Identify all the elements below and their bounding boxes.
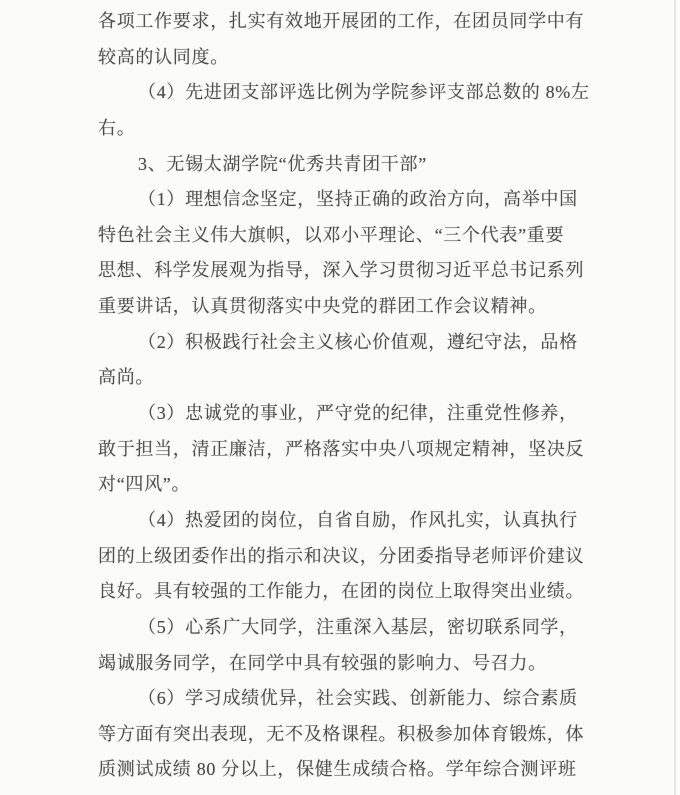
- text-line: 团的上级团委作出的指示和决议，分团委指导老师评价建议: [98, 539, 603, 575]
- text-line: 对“四风”。: [98, 467, 603, 503]
- text-line: （1）理想信念坚定，坚持正确的政治方向，高举中国: [98, 182, 603, 218]
- text-line: 重要讲话，认真贯彻落实中央党的群团工作会议精神。: [98, 289, 603, 325]
- text-line: （3）忠诚党的事业，严守党的纪律，注重党性修养，: [98, 396, 603, 432]
- text-line: （6）学习成绩优异，社会实践、创新能力、综合素质: [98, 681, 603, 717]
- text-line: 良好。具有较强的工作能力，在团的岗位上取得突出业绩。: [98, 574, 603, 610]
- text-line: （4）热爱团的岗位，自省自励，作风扎实，认真执行: [98, 503, 603, 539]
- scan-edge-line: [674, 0, 676, 795]
- text-line: （5）心系广大同学，注重深入基层，密切联系同学，: [98, 610, 603, 646]
- text-line: 高尚。: [98, 360, 603, 396]
- text-line: （4）先进团支部评选比例为学院参评支部总数的 8%左: [98, 75, 603, 111]
- text-line: （2）积极践行社会主义核心价值观，遵纪守法，品格: [98, 325, 603, 361]
- text-line: 较高的认同度。: [98, 40, 603, 76]
- text-line: 敢于担当，清正廉洁，严格落实中央八项规定精神，坚决反: [98, 432, 603, 468]
- text-line: 各项工作要求，扎实有效地开展团的工作，在团员同学中有: [98, 4, 603, 40]
- document-text-block: 各项工作要求，扎实有效地开展团的工作，在团员同学中有 较高的认同度。 （4）先进…: [98, 4, 603, 788]
- text-line: 思想、科学发展观为指导，深入学习贯彻习近平总书记系列: [98, 253, 603, 289]
- text-line: 竭诚服务同学，在同学中具有较强的影响力、号召力。: [98, 646, 603, 682]
- section-heading-line: 3、无锡太湖学院“优秀共青团干部”: [98, 147, 603, 183]
- text-line: 质测试成绩 80 分以上，保健生成绩合格。学年综合测评班: [98, 752, 603, 788]
- text-line: 等方面有突出表现，无不及格课程。积极参加体育锻炼，体: [98, 717, 603, 753]
- text-line: 右。: [98, 111, 603, 147]
- document-page: 各项工作要求，扎实有效地开展团的工作，在团员同学中有 较高的认同度。 （4）先进…: [0, 0, 680, 795]
- text-line: 特色社会主义伟大旗帜，以邓小平理论、“三个代表”重要: [98, 218, 603, 254]
